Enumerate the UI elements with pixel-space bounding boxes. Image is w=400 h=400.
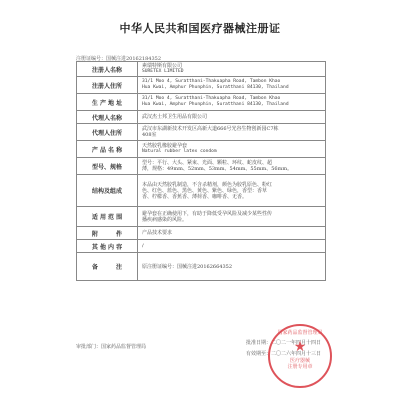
row-label: 产 品 名 称 [77,141,138,158]
table-row: 其 他 内 容/ [77,240,326,253]
row-label: 注册人名称 [77,62,138,77]
row-value: 武汉市东湖新技术开发区高新大道666号光谷生物创新园C7栋408室 [138,124,326,141]
row-value: 素瑞特斯有限公司SURETEX LIMITED [138,62,326,77]
value-line: Natural rubber latex condom [142,149,321,155]
certificate-title: 中华人民共和国医疗器械注册证 [0,20,400,36]
seal-top-text: 国家药品监督管理局 [270,329,330,336]
row-label: 备 注 [77,253,138,281]
value-line: 香、柠檬香、香蕉香、薄荷香、咖啡香、无香。 [142,194,321,200]
row-label: 注册人住所 [77,77,138,94]
value-line: / [142,243,321,249]
row-label: 结构及组成 [77,175,138,207]
table-row: 结构及组成本品由天然胶乳制造，不含杀精剂，颜色为胶乳原色、粉红色、红色、蓝色、黑… [77,175,326,207]
value-line: SURETEX LIMITED [142,69,321,75]
value-line: Hua Kwai, Amphur Phunphin, Suratthani 84… [142,102,321,108]
table-row: 注册人名称素瑞特斯有限公司SURETEX LIMITED [77,62,326,77]
row-label: 其 他 内 容 [77,240,138,253]
table-row: 附 件产品技术要求 [77,227,326,240]
certificate-table: 注册人名称素瑞特斯有限公司SURETEX LIMITED注册人住所31/1 Mo… [76,61,326,281]
row-label: 代理人住所 [77,124,138,141]
table-row: 适 用 范 围避孕套在正确使用下，有助于降低受孕风险及减少某些性传播疾病感染的风… [77,207,326,227]
value-line: 薄，规格：49mm、52mm、53mm、54mm、55mm、56mm。 [142,166,321,172]
value-line: 播疾病感染的风险。 [142,217,321,223]
approval-department: 审批部门：国家药品监督管理局 [76,343,146,350]
row-label: 代理人名称 [77,111,138,124]
row-label: 型号、规格 [77,158,138,175]
row-value: 31/1 Moo 4, Suratthani-Thakuapha Road, T… [138,94,326,111]
value-line: 408室 [142,132,321,138]
value-line: 原注册证编号：国械注进20162664352 [142,264,321,270]
row-value: 原注册证编号：国械注进20162664352 [138,253,326,281]
table-row: 备 注原注册证编号：国械注进20162664352 [77,253,326,281]
row-value: 避孕套在正确使用下，有助于降低受孕风险及减少某些性传播疾病感染的风险。 [138,207,326,227]
table-row: 代理人住所武汉市东湖新技术开发区高新大道666号光谷生物创新园C7栋408室 [77,124,326,141]
row-value: 武汉杰士邦卫生用品有限公司 [138,111,326,124]
row-label: 附 件 [77,227,138,240]
value-line: Hua Kwai, Amphur Phunphin, Suratthani 84… [142,85,321,91]
table-row: 代理人名称武汉杰士邦卫生用品有限公司 [77,111,326,124]
row-value: 产品技术要求 [138,227,326,240]
row-value: 本品由天然胶乳制造，不含杀精剂，颜色为胶乳原色、粉红色、红色、蓝色、黑色、黄色、… [138,175,326,207]
table-row: 生 产 地 址31/1 Moo 4, Suratthani-Thakuapha … [77,94,326,111]
row-label: 生 产 地 址 [77,94,138,111]
row-value: 天然胶乳橡胶避孕套Natural rubber latex condom [138,141,326,158]
table-row: 产 品 名 称天然胶乳橡胶避孕套Natural rubber latex con… [77,141,326,158]
row-value: 31/1 Moo 4, Suratthani-Thakuapha Road, T… [138,77,326,94]
row-value: / [138,240,326,253]
table-row: 型号、规格型号：平行、大头、紧束、光面、颗粒、环纹、蛇皮纹、超薄，规格：49mm… [77,158,326,175]
official-seal: 国家药品监督管理局 ★ 医疗器械 注册专用章 [268,324,332,388]
table-row: 注册人住所31/1 Moo 4, Suratthani-Thakuapha Ro… [77,77,326,94]
value-line: 武汉杰士邦卫生用品有限公司 [142,114,321,120]
seal-bottom-text: 医疗器械 注册专用章 [270,358,330,370]
star-icon: ★ [270,340,330,354]
row-label: 适 用 范 围 [77,207,138,227]
value-line: 产品技术要求 [142,230,321,236]
row-value: 型号：平行、大头、紧束、光面、颗粒、环纹、蛇皮纹、超薄，规格：49mm、52mm… [138,158,326,175]
